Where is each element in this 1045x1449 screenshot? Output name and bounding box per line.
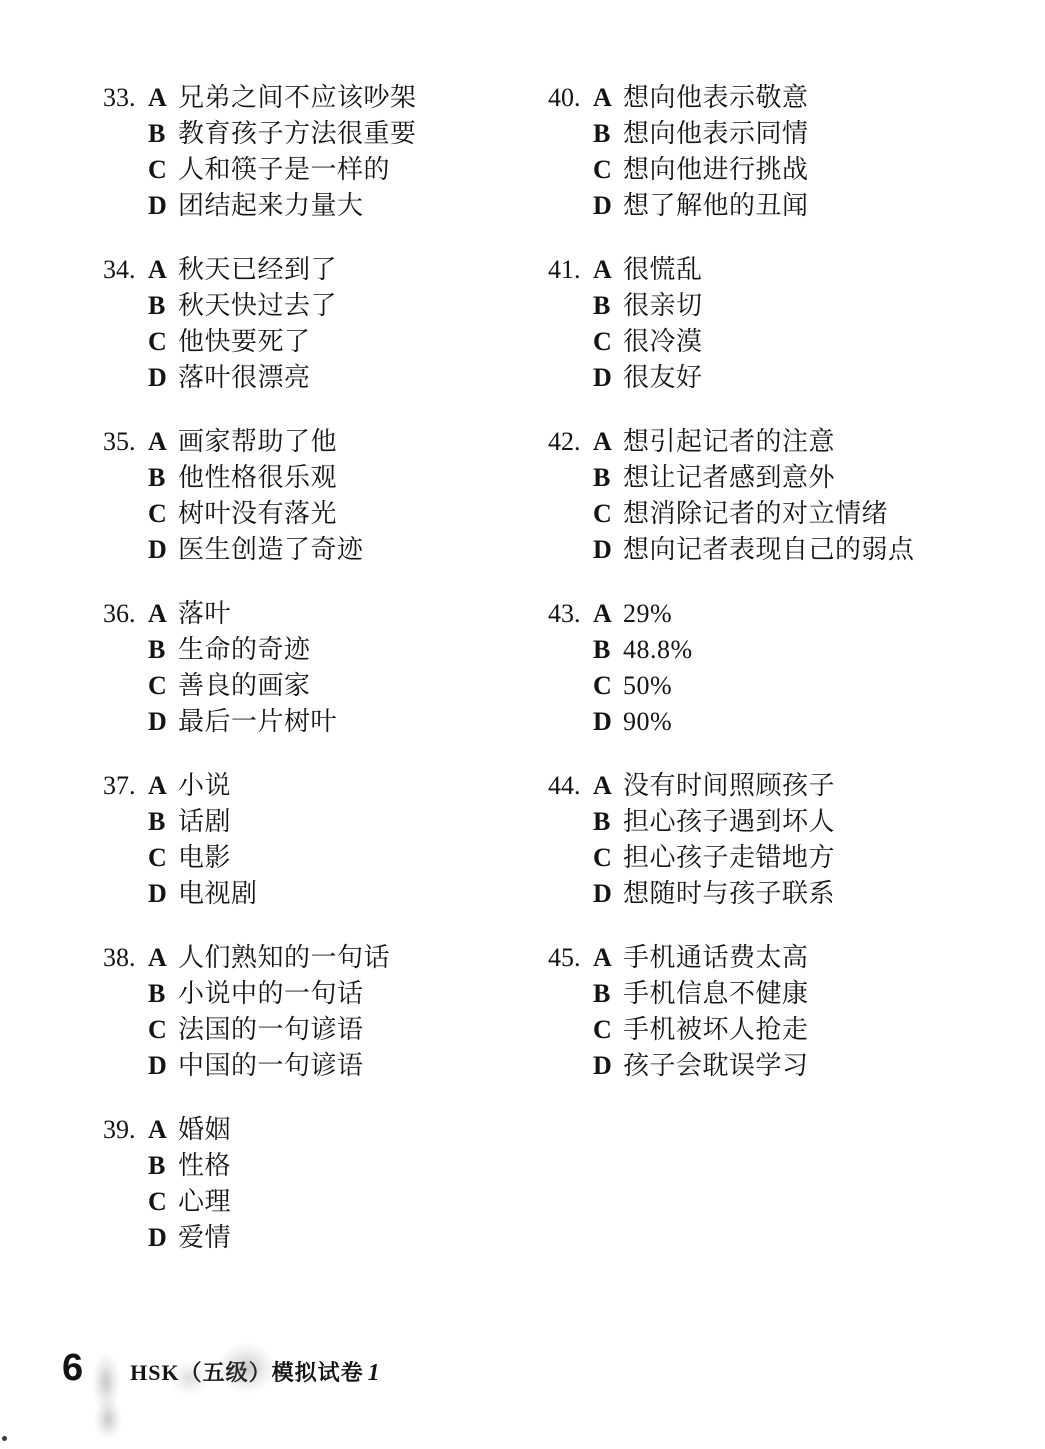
option-letter: C	[593, 840, 623, 876]
option-line: A 想引起记者的注意	[593, 424, 915, 460]
option-letter: D	[148, 704, 178, 740]
option-line: B 教育孩子方法很重要	[148, 116, 417, 152]
question-number: 38.	[103, 940, 148, 976]
option-line: B 担心孩子遇到坏人	[593, 804, 835, 840]
option-text: 人和筷子是一样的	[178, 152, 390, 188]
options: A 没有时间照顾孩子 B 担心孩子遇到坏人 C 担心孩子走错地方 D 想随时与孩…	[593, 768, 835, 912]
option-line: D 很友好	[593, 360, 703, 396]
option-text: 90%	[623, 704, 672, 740]
option-line: A 很慌乱	[593, 252, 703, 288]
option-line: D 想向记者表现自己的弱点	[593, 532, 915, 568]
option-line: C 他快要死了	[148, 324, 337, 360]
option-letter: B	[148, 460, 178, 496]
question-number: 44.	[548, 768, 593, 804]
option-line: A 手机通话费太高	[593, 940, 809, 976]
option-letter: A	[148, 1112, 178, 1148]
option-letter: A	[593, 424, 623, 460]
option-letter: B	[148, 632, 178, 668]
question-block: 37. A 小说 B 话剧 C 电影 D 电视剧	[103, 768, 533, 912]
option-line: A 想向他表示敬意	[593, 80, 809, 116]
option-line: D 爱情	[148, 1220, 231, 1256]
option-line: B 手机信息不健康	[593, 976, 809, 1012]
option-line: C 担心孩子走错地方	[593, 840, 835, 876]
option-letter: C	[593, 668, 623, 704]
option-text: 29%	[623, 596, 672, 632]
option-line: D 落叶很漂亮	[148, 360, 337, 396]
option-letter: B	[593, 632, 623, 668]
question-number: 33.	[103, 80, 148, 116]
option-letter: D	[593, 704, 623, 740]
option-letter: A	[593, 252, 623, 288]
option-text: 他性格很乐观	[178, 460, 337, 496]
option-letter: C	[593, 324, 623, 360]
option-line: B 48.8%	[593, 632, 693, 668]
option-letter: A	[148, 252, 178, 288]
option-line: A 画家帮助了他	[148, 424, 364, 460]
question-number: 36.	[103, 596, 148, 632]
question-number: 40.	[548, 80, 593, 116]
options: A 兄弟之间不应该吵架 B 教育孩子方法很重要 C 人和筷子是一样的 D 团结起…	[148, 80, 417, 224]
options: A 29% B 48.8% C 50% D 90%	[593, 596, 693, 740]
option-letter: D	[593, 876, 623, 912]
option-text: 树叶没有落光	[178, 496, 337, 532]
option-text: 很亲切	[623, 288, 703, 324]
question-block: 36. A 落叶 B 生命的奇迹 C 善良的画家 D 最后一片树叶	[103, 596, 533, 740]
option-text: 心理	[178, 1184, 231, 1220]
question-block: 43. A 29% B 48.8% C 50% D 90%	[548, 596, 1008, 740]
option-text: 生命的奇迹	[178, 632, 311, 668]
option-text: 中国的一句谚语	[178, 1048, 364, 1084]
option-line: A 婚姻	[148, 1112, 231, 1148]
option-line: C 人和筷子是一样的	[148, 152, 417, 188]
option-letter: C	[148, 668, 178, 704]
option-text: 想消除记者的对立情绪	[623, 496, 888, 532]
option-text: 担心孩子遇到坏人	[623, 804, 835, 840]
option-letter: B	[148, 116, 178, 152]
option-text: 想向记者表现自己的弱点	[623, 532, 915, 568]
question-number: 45.	[548, 940, 593, 976]
options: A 想向他表示敬意 B 想向他表示同情 C 想向他进行挑战 D 想了解他的丑闻	[593, 80, 809, 224]
option-text: 小说	[178, 768, 231, 804]
option-letter: A	[148, 768, 178, 804]
option-line: A 没有时间照顾孩子	[593, 768, 835, 804]
option-letter: A	[148, 424, 178, 460]
option-letter: A	[593, 768, 623, 804]
option-letter: A	[148, 80, 178, 116]
option-line: C 心理	[148, 1184, 231, 1220]
question-number: 39.	[103, 1112, 148, 1148]
option-line: D 电视剧	[148, 876, 258, 912]
option-text: 48.8%	[623, 632, 693, 668]
option-letter: D	[593, 360, 623, 396]
option-text: 很慌乱	[623, 252, 703, 288]
option-line: B 性格	[148, 1148, 231, 1184]
question-block: 40. A 想向他表示敬意 B 想向他表示同情 C 想向他进行挑战 D 想了解他…	[548, 80, 1008, 224]
question-block: 45. A 手机通话费太高 B 手机信息不健康 C 手机被坏人抢走 D 孩子会耽…	[548, 940, 1008, 1084]
option-text: 落叶	[178, 596, 231, 632]
option-text: 善良的画家	[178, 668, 311, 704]
option-letter: B	[148, 804, 178, 840]
option-letter: B	[148, 1148, 178, 1184]
option-letter: D	[593, 188, 623, 224]
option-text: 想了解他的丑闻	[623, 188, 809, 224]
footer-volume-number: 1	[368, 1360, 381, 1386]
option-letter: A	[593, 596, 623, 632]
option-letter: C	[148, 1184, 178, 1220]
option-line: C 电影	[148, 840, 258, 876]
option-letter: D	[148, 1220, 178, 1256]
options: A 很慌乱 B 很亲切 C 很冷漠 D 很友好	[593, 252, 703, 396]
option-letter: D	[148, 360, 178, 396]
option-text: 婚姻	[178, 1112, 231, 1148]
option-text: 话剧	[178, 804, 231, 840]
options: A 秋天已经到了 B 秋天快过去了 C 他快要死了 D 落叶很漂亮	[148, 252, 337, 396]
question-block: 38. A 人们熟知的一句话 B 小说中的一句话 C 法国的一句谚语 D 中国的…	[103, 940, 533, 1084]
option-text: 想向他表示同情	[623, 116, 809, 152]
option-line: B 很亲切	[593, 288, 703, 324]
option-letter: C	[593, 1012, 623, 1048]
option-letter: C	[593, 152, 623, 188]
option-letter: D	[593, 532, 623, 568]
option-line: B 秋天快过去了	[148, 288, 337, 324]
option-line: A 小说	[148, 768, 258, 804]
option-line: D 中国的一句谚语	[148, 1048, 390, 1084]
option-text: 手机通话费太高	[623, 940, 809, 976]
option-text: 秋天快过去了	[178, 288, 337, 324]
option-letter: C	[148, 324, 178, 360]
option-text: 人们熟知的一句话	[178, 940, 390, 976]
option-text: 担心孩子走错地方	[623, 840, 835, 876]
option-line: D 医生创造了奇迹	[148, 532, 364, 568]
option-text: 手机信息不健康	[623, 976, 809, 1012]
options: A 手机通话费太高 B 手机信息不健康 C 手机被坏人抢走 D 孩子会耽误学习	[593, 940, 809, 1084]
option-text: 教育孩子方法很重要	[178, 116, 417, 152]
option-line: B 想向他表示同情	[593, 116, 809, 152]
options: A 想引起记者的注意 B 想让记者感到意外 C 想消除记者的对立情绪 D 想向记…	[593, 424, 915, 568]
option-letter: D	[148, 188, 178, 224]
option-text: 兄弟之间不应该吵架	[178, 80, 417, 116]
option-letter: C	[148, 840, 178, 876]
option-line: B 他性格很乐观	[148, 460, 364, 496]
question-number: 43.	[548, 596, 593, 632]
option-letter: D	[593, 1048, 623, 1084]
option-text: 想向他表示敬意	[623, 80, 809, 116]
option-letter: C	[148, 152, 178, 188]
option-letter: B	[593, 116, 623, 152]
option-letter: C	[148, 1012, 178, 1048]
option-line: B 小说中的一句话	[148, 976, 390, 1012]
option-text: 团结起来力量大	[178, 188, 364, 224]
option-text: 50%	[623, 668, 672, 704]
footer-title-text: HSK（五级）模拟试卷	[130, 1360, 363, 1385]
option-text: 想随时与孩子联系	[623, 876, 835, 912]
option-letter: A	[593, 940, 623, 976]
option-letter: D	[148, 532, 178, 568]
options: A 画家帮助了他 B 他性格很乐观 C 树叶没有落光 D 医生创造了奇迹	[148, 424, 364, 568]
option-line: A 落叶	[148, 596, 337, 632]
option-line: C 法国的一句谚语	[148, 1012, 390, 1048]
questions-column-left: 33. A 兄弟之间不应该吵架 B 教育孩子方法很重要 C 人和筷子是一样的 D…	[103, 80, 533, 1284]
option-letter: B	[593, 288, 623, 324]
scan-dot	[2, 1436, 7, 1441]
option-letter: C	[593, 496, 623, 532]
option-line: C 想消除记者的对立情绪	[593, 496, 915, 532]
option-line: A 29%	[593, 596, 693, 632]
options: A 落叶 B 生命的奇迹 C 善良的画家 D 最后一片树叶	[148, 596, 337, 740]
option-letter: B	[593, 804, 623, 840]
option-text: 想向他进行挑战	[623, 152, 809, 188]
option-text: 电视剧	[178, 876, 258, 912]
options: A 小说 B 话剧 C 电影 D 电视剧	[148, 768, 258, 912]
questions-column-right: 40. A 想向他表示敬意 B 想向他表示同情 C 想向他进行挑战 D 想了解他…	[548, 80, 1008, 1112]
option-line: D 想了解他的丑闻	[593, 188, 809, 224]
option-line: B 话剧	[148, 804, 258, 840]
option-line: D 想随时与孩子联系	[593, 876, 835, 912]
option-text: 想引起记者的注意	[623, 424, 835, 460]
option-letter: D	[148, 1048, 178, 1084]
option-text: 电影	[178, 840, 231, 876]
option-letter: B	[148, 288, 178, 324]
option-line: C 善良的画家	[148, 668, 337, 704]
option-line: B 想让记者感到意外	[593, 460, 915, 496]
option-text: 落叶很漂亮	[178, 360, 311, 396]
option-text: 法国的一句谚语	[178, 1012, 364, 1048]
question-number: 34.	[103, 252, 148, 288]
option-text: 他快要死了	[178, 324, 311, 360]
option-line: A 人们熟知的一句话	[148, 940, 390, 976]
page-footer: 6 HSK（五级）模拟试卷1	[62, 1346, 381, 1390]
option-text: 孩子会耽误学习	[623, 1048, 809, 1084]
option-text: 医生创造了奇迹	[178, 532, 364, 568]
option-letter: A	[593, 80, 623, 116]
option-text: 想让记者感到意外	[623, 460, 835, 496]
question-block: 39. A 婚姻 B 性格 C 心理 D 爱情	[103, 1112, 533, 1256]
option-line: D 最后一片树叶	[148, 704, 337, 740]
option-text: 手机被坏人抢走	[623, 1012, 809, 1048]
scan-smudge	[94, 1398, 122, 1440]
option-line: D 团结起来力量大	[148, 188, 417, 224]
question-number: 35.	[103, 424, 148, 460]
option-line: D 90%	[593, 704, 693, 740]
question-number: 42.	[548, 424, 593, 460]
option-line: C 树叶没有落光	[148, 496, 364, 532]
question-block: 41. A 很慌乱 B 很亲切 C 很冷漠 D 很友好	[548, 252, 1008, 396]
option-line: C 很冷漠	[593, 324, 703, 360]
option-letter: A	[148, 940, 178, 976]
option-text: 很冷漠	[623, 324, 703, 360]
option-line: D 孩子会耽误学习	[593, 1048, 809, 1084]
option-text: 画家帮助了他	[178, 424, 337, 460]
question-number: 37.	[103, 768, 148, 804]
question-block: 34. A 秋天已经到了 B 秋天快过去了 C 他快要死了 D 落叶很漂亮	[103, 252, 533, 396]
options: A 婚姻 B 性格 C 心理 D 爱情	[148, 1112, 231, 1256]
option-text: 很友好	[623, 360, 703, 396]
option-line: A 兄弟之间不应该吵架	[148, 80, 417, 116]
option-letter: B	[593, 460, 623, 496]
option-text: 小说中的一句话	[178, 976, 364, 1012]
option-line: B 生命的奇迹	[148, 632, 337, 668]
question-number: 41.	[548, 252, 593, 288]
question-block: 42. A 想引起记者的注意 B 想让记者感到意外 C 想消除记者的对立情绪 D…	[548, 424, 1008, 568]
option-letter: B	[148, 976, 178, 1012]
footer-title: HSK（五级）模拟试卷1	[130, 1356, 380, 1387]
option-text: 秋天已经到了	[178, 252, 337, 288]
option-line: C 手机被坏人抢走	[593, 1012, 809, 1048]
option-letter: C	[148, 496, 178, 532]
option-letter: A	[148, 596, 178, 632]
question-block: 44. A 没有时间照顾孩子 B 担心孩子遇到坏人 C 担心孩子走错地方 D 想…	[548, 768, 1008, 912]
option-letter: D	[148, 876, 178, 912]
question-block: 35. A 画家帮助了他 B 他性格很乐观 C 树叶没有落光 D 医生创造了奇迹	[103, 424, 533, 568]
option-letter: B	[593, 976, 623, 1012]
question-block: 33. A 兄弟之间不应该吵架 B 教育孩子方法很重要 C 人和筷子是一样的 D…	[103, 80, 533, 224]
option-line: A 秋天已经到了	[148, 252, 337, 288]
option-text: 爱情	[178, 1220, 231, 1256]
option-line: C 想向他进行挑战	[593, 152, 809, 188]
option-line: C 50%	[593, 668, 693, 704]
option-text: 没有时间照顾孩子	[623, 768, 835, 804]
option-text: 性格	[178, 1148, 231, 1184]
option-text: 最后一片树叶	[178, 704, 337, 740]
options: A 人们熟知的一句话 B 小说中的一句话 C 法国的一句谚语 D 中国的一句谚语	[148, 940, 390, 1084]
page-number: 6	[62, 1346, 83, 1390]
